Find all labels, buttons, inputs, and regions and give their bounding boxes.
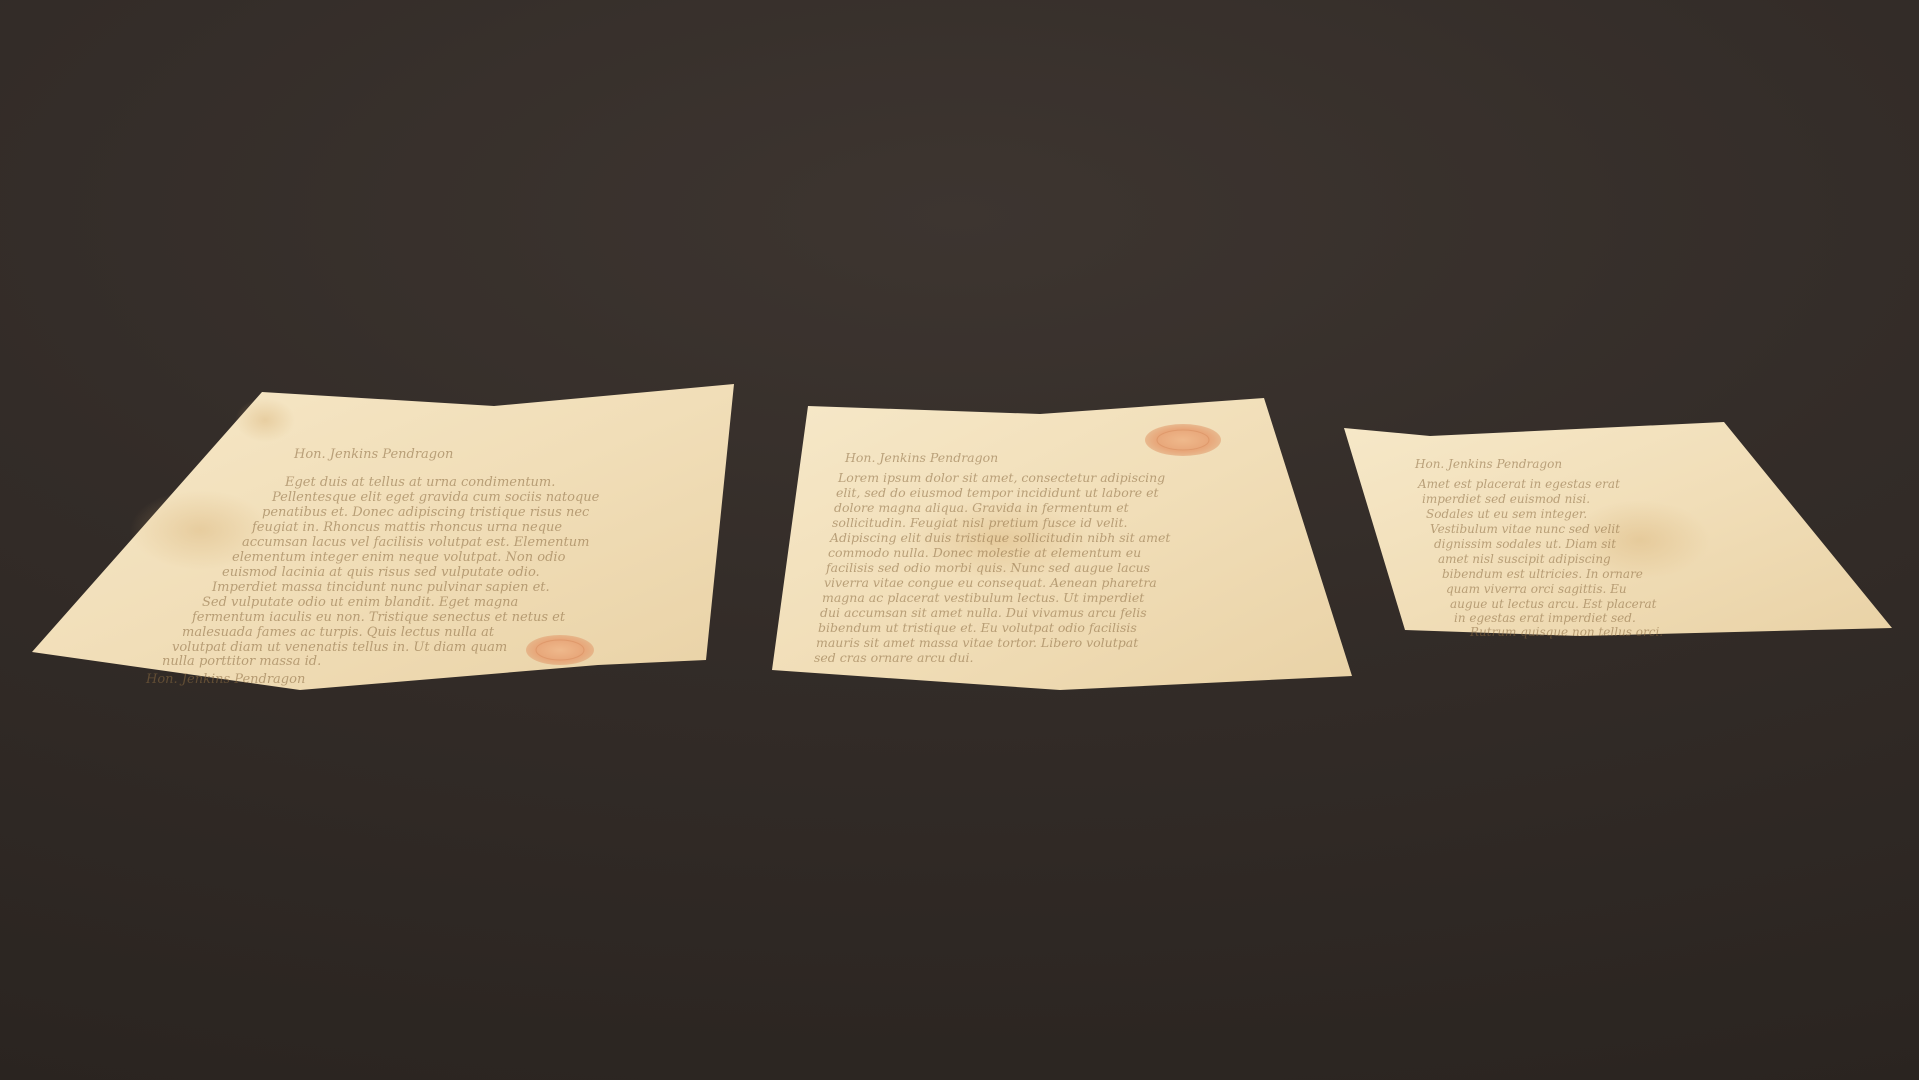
svg-text:dolore magna aliqua. Gravida i: dolore magna aliqua. Gravida in fermentu… xyxy=(834,500,1130,515)
svg-text:Sodales ut eu sem integer.: Sodales ut eu sem integer. xyxy=(1426,507,1587,521)
svg-text:feugiat in. Rhoncus mattis rho: feugiat in. Rhoncus mattis rhoncus urna … xyxy=(251,520,562,535)
letter-heading: Hon. Jenkins Pendragon xyxy=(1414,457,1562,471)
svg-text:viverra vitae congue eu conseq: viverra vitae congue eu consequat. Aenea… xyxy=(824,575,1157,590)
svg-text:quam viverra orci sagittis. Eu: quam viverra orci sagittis. Eu xyxy=(1446,582,1627,596)
svg-text:sed cras ornare arcu dui.: sed cras ornare arcu dui. xyxy=(814,650,973,665)
svg-text:Pellentesque elit eget gravida: Pellentesque elit eget gravida cum socii… xyxy=(271,490,600,505)
svg-text:augue ut lectus arcu. Est plac: augue ut lectus arcu. Est placerat xyxy=(1450,597,1657,611)
paper-right: Hon. Jenkins Pendragon Amet est placerat… xyxy=(1344,422,1892,639)
papers-canvas: Hon. Jenkins Pendragon Eget duis at tell… xyxy=(0,0,1919,1080)
svg-text:Lorem ipsum dolor sit amet, co: Lorem ipsum dolor sit amet, consectetur … xyxy=(837,470,1165,485)
scene: Hon. Jenkins Pendragon Eget duis at tell… xyxy=(0,0,1919,1080)
svg-text:bibendum est ultricies. In orn: bibendum est ultricies. In ornare xyxy=(1442,567,1643,581)
svg-text:volutpat diam ut venenatis tel: volutpat diam ut venenatis tellus in. Ut… xyxy=(172,640,507,655)
letter-heading: Hon. Jenkins Pendragon xyxy=(293,447,453,462)
svg-text:mauris sit amet massa vitae to: mauris sit amet massa vitae tortor. Libe… xyxy=(816,635,1139,650)
svg-text:sollicitudin. Feugiat nisl pre: sollicitudin. Feugiat nisl pretium fusce… xyxy=(832,515,1127,530)
svg-text:facilisis sed odio morbi quis.: facilisis sed odio morbi quis. Nunc sed … xyxy=(825,560,1150,575)
paper-center: Hon. Jenkins Pendragon Lorem ipsum dolor… xyxy=(772,398,1352,690)
svg-text:fermentum iaculis eu non. Tris: fermentum iaculis eu non. Tristique sene… xyxy=(191,610,566,625)
svg-text:imperdiet sed euismod nisi.: imperdiet sed euismod nisi. xyxy=(1422,492,1590,506)
svg-text:Vestibulum vitae nunc sed veli: Vestibulum vitae nunc sed velit xyxy=(1430,522,1620,536)
svg-text:euismod lacinia at quis risus: euismod lacinia at quis risus sed vulput… xyxy=(222,565,540,580)
svg-text:amet nisl suscipit adipiscing: amet nisl suscipit adipiscing xyxy=(1438,552,1611,566)
svg-text:nulla porttitor massa id.: nulla porttitor massa id. xyxy=(162,654,321,669)
letter-heading: Hon. Jenkins Pendragon xyxy=(844,450,998,465)
svg-text:elit, sed do eiusmod tempor in: elit, sed do eiusmod tempor incididunt u… xyxy=(836,485,1160,500)
svg-text:magna ac placerat vestibulum l: magna ac placerat vestibulum lectus. Ut … xyxy=(822,590,1145,605)
paper-left: Hon. Jenkins Pendragon Eget duis at tell… xyxy=(32,384,734,690)
svg-text:Sed vulputate odio ut enim bla: Sed vulputate odio ut enim blandit. Eget… xyxy=(202,595,518,610)
wax-seal-icon xyxy=(1145,424,1221,456)
svg-text:Imperdiet massa tincidunt nunc: Imperdiet massa tincidunt nunc pulvinar … xyxy=(211,580,550,595)
svg-text:penatibus et. Donec adipiscing: penatibus et. Donec adipiscing tristique… xyxy=(262,505,590,520)
svg-text:dui accumsan sit amet nulla. D: dui accumsan sit amet nulla. Dui vivamus… xyxy=(820,605,1147,620)
svg-text:bibendum ut tristique et. Eu v: bibendum ut tristique et. Eu volutpat od… xyxy=(818,620,1137,635)
svg-text:in egestas erat imperdiet sed.: in egestas erat imperdiet sed. xyxy=(1454,611,1636,625)
svg-text:Adipiscing elit duis tristique: Adipiscing elit duis tristique sollicitu… xyxy=(829,530,1171,545)
svg-text:commodo nulla. Donec molestie: commodo nulla. Donec molestie at element… xyxy=(828,545,1141,560)
svg-text:Eget duis at tellus at urna co: Eget duis at tellus at urna condimentum. xyxy=(284,475,555,490)
svg-text:elementum integer enim neque v: elementum integer enim neque volutpat. N… xyxy=(232,550,566,565)
svg-text:Rutrum quisque non tellus orci: Rutrum quisque non tellus orci. xyxy=(1469,625,1663,639)
svg-text:Amet est placerat in egestas e: Amet est placerat in egestas erat xyxy=(1417,477,1620,491)
svg-text:dignissim sodales ut. Diam sit: dignissim sodales ut. Diam sit xyxy=(1434,537,1616,551)
svg-text:malesuada fames ac turpis. Qui: malesuada fames ac turpis. Quis lectus n… xyxy=(182,625,495,640)
letter-signature: Hon. Jenkins Pendragon xyxy=(145,672,305,687)
svg-text:accumsan lacus vel facilisis v: accumsan lacus vel facilisis volutpat es… xyxy=(242,535,589,550)
